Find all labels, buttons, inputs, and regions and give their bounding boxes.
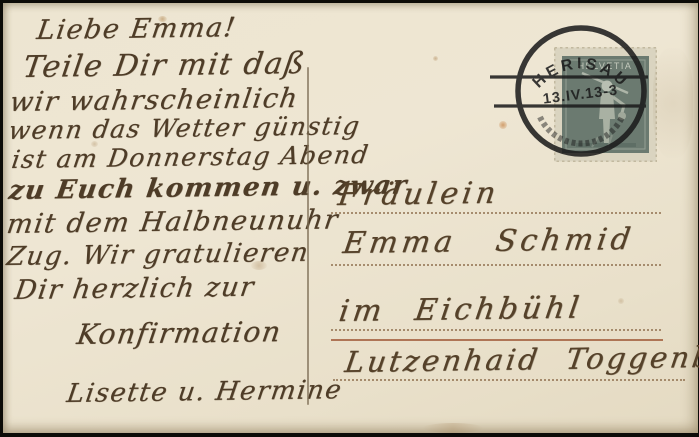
age-stain [423,423,483,433]
address-rule [333,379,685,381]
signature: Lisette u. Hermine [65,377,344,407]
age-stain [618,298,624,304]
postmark-bottom-arc-marks [540,117,622,143]
postmark: HERISAU 13.IV.13-3 [488,13,658,171]
message-line: Dir herzlich zur [13,274,257,304]
divider-line [307,67,309,405]
scan-background: Liebe Emma! Teile Dir mit daß wir wahrsc… [0,0,699,437]
message-line: Zug. Wir gratulieren [5,240,311,270]
address-rule [331,212,661,214]
message-line: Konfirmation [75,318,284,349]
postmark-date-text: 13.IV.13-3 [542,82,619,107]
address-rule [331,264,661,266]
message-line: Liebe Emma! [35,14,238,44]
message-line: Teile Dir mit daß [21,49,308,83]
address-rule [331,329,661,331]
age-stain [433,56,438,61]
postcard: Liebe Emma! Teile Dir mit daß wir wahrsc… [3,3,698,433]
address-line-town: Lutzenhaid Toggenburg [343,342,699,377]
address-line-recipient-name: Emma Schmid [341,225,636,259]
message-line: wir wahrscheinlich [8,85,300,116]
address-line-street: im Eichbühl [337,294,584,327]
message-line: mit dem Halbneunuhr [5,206,341,238]
toning-patch [653,48,693,158]
address-line-recipient-title: Fräulein [336,179,501,211]
message-line: ist am Donnerstag Abend [10,142,371,172]
